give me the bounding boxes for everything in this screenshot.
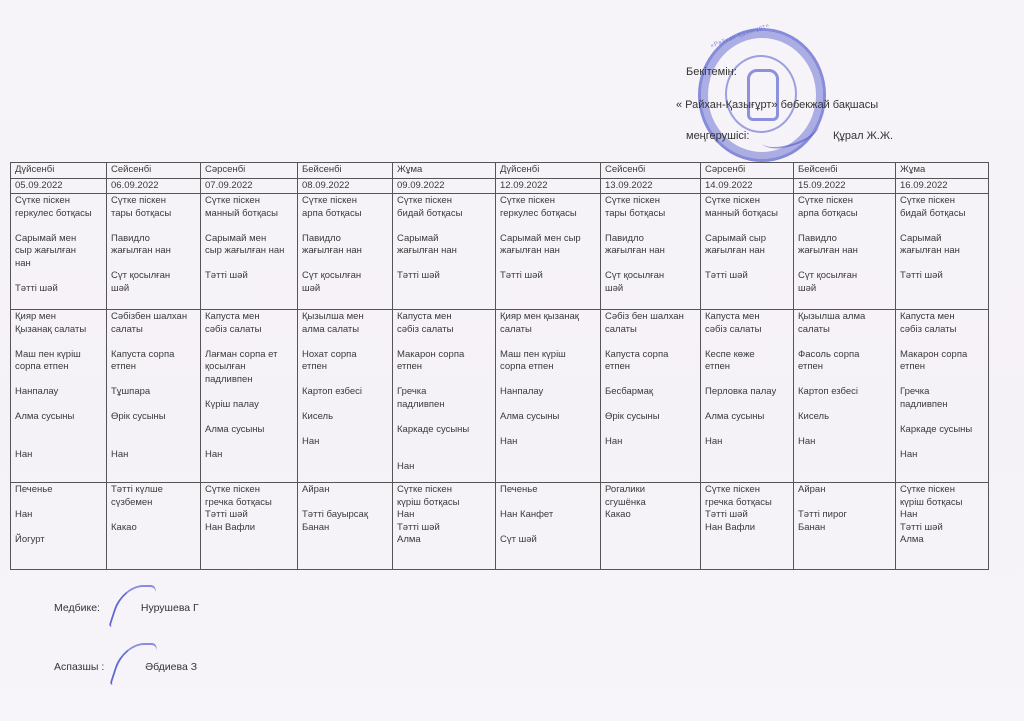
day-cell: Сәрсенбі [701, 163, 794, 179]
date-cell: 06.09.2022 [107, 178, 201, 194]
date-cell: 09.09.2022 [393, 178, 496, 194]
day-row: Дүйсенбі Сейсенбі Сәрсенбі Бейсенбі Жұма… [11, 163, 989, 179]
institution-name: « Райхан-Қазығұрт» бөбекжай бақшасы [676, 99, 878, 111]
date-cell: 13.09.2022 [601, 178, 701, 194]
lunch-cell: Капуста мен сәбіз салаты Макарон сорпа е… [393, 310, 496, 483]
breakfast-cell: Сүтке піскен тары ботқасы Павидло жағылғ… [107, 194, 201, 310]
snack-row: Печенье Нан Йогурт Тәтті күлше сүзбемен … [11, 483, 989, 570]
snack-cell: Айран Тәтті пирог Банан [794, 483, 896, 570]
breakfast-cell: Сүтке піскен манный ботқасы Сарымай сыр … [701, 194, 794, 310]
breakfast-cell: Сүтке піскен геркулес ботқасы Сарымай ме… [11, 194, 107, 310]
day-cell: Сәрсенбі [201, 163, 298, 179]
lunch-cell: Сәбіз бен шалхан салаты Капуста сорпа ет… [601, 310, 701, 483]
snack-cell: Сүтке піскен гречка ботқасы Тәтті шәй На… [701, 483, 794, 570]
date-cell: 05.09.2022 [11, 178, 107, 194]
lunch-cell: Қызылша мен алма салаты Нохат сорпа етпе… [298, 310, 393, 483]
date-row: 05.09.2022 06.09.2022 07.09.2022 08.09.2… [11, 178, 989, 194]
day-cell: Дүйсенбі [496, 163, 601, 179]
lunch-cell: Капуста мен сәбіз салаты Лағман сорпа ет… [201, 310, 298, 483]
snack-cell: Сүтке піскен күріш ботқасы Нан Тәтті шәй… [896, 483, 989, 570]
snack-cell: Печенье Нан Канфет Сүт шәй [496, 483, 601, 570]
nurse-label: Медбике: [54, 602, 100, 614]
day-cell: Бейсенбі [298, 163, 393, 179]
date-cell: 14.09.2022 [701, 178, 794, 194]
cook-label: Аспазшы : [54, 661, 104, 673]
snack-cell: Тәтті күлше сүзбемен Какао [107, 483, 201, 570]
menu-table: Дүйсенбі Сейсенбі Сәрсенбі Бейсенбі Жұма… [10, 162, 989, 570]
nurse-signature-line: Медбике: Нурушева Г [54, 602, 199, 614]
date-cell: 12.09.2022 [496, 178, 601, 194]
snack-cell: Сүтке піскен гречка ботқасы Тәтті шәй На… [201, 483, 298, 570]
approval-block: Бекітемін: « Райхан-Қазығұрт» бөбекжай б… [640, 20, 960, 160]
lunch-cell: Сәбізбен шалхан салаты Капуста сорпа етп… [107, 310, 201, 483]
breakfast-cell: Сүтке піскен бидай ботқасы Сарымай жағыл… [393, 194, 496, 310]
day-cell: Бейсенбі [794, 163, 896, 179]
manager-name: Құрал Ж.Ж. [833, 130, 893, 142]
lunch-cell: Капуста мен сәбіз салаты Кеспе көже етпе… [701, 310, 794, 483]
document-page: «Райхан-Қазығұрт» Бекітемін: « Райхан-Қа… [0, 0, 1024, 721]
date-cell: 08.09.2022 [298, 178, 393, 194]
approved-label: Бекітемін: [686, 66, 737, 78]
lunch-cell: Капуста мен сәбіз салаты Макарон сорпа е… [896, 310, 989, 483]
manager-position: меңгерушісі: [686, 130, 749, 142]
day-cell: Сейсенбі [601, 163, 701, 179]
lunch-cell: Қияр мен қызанақ салаты Маш пен күріш со… [496, 310, 601, 483]
snack-cell: Сүтке піскен күріш ботқасы Нан Тәтті шәй… [393, 483, 496, 570]
breakfast-cell: Сүтке піскен тары ботқасы Павидло жағылғ… [601, 194, 701, 310]
snack-cell: Печенье Нан Йогурт [11, 483, 107, 570]
date-cell: 07.09.2022 [201, 178, 298, 194]
breakfast-cell: Сүтке піскен бидай ботқасы Сарымай жағыл… [896, 194, 989, 310]
cook-name: Әбдиева З [145, 661, 197, 673]
breakfast-row: Сүтке піскен геркулес ботқасы Сарымай ме… [11, 194, 989, 310]
lunch-row: Қияр мен Қызанақ салаты Маш пен күріш со… [11, 310, 989, 483]
breakfast-cell: Сүтке піскен геркулес ботқасы Сарымай ме… [496, 194, 601, 310]
day-cell: Дүйсенбі [11, 163, 107, 179]
nurse-name: Нурушева Г [141, 602, 199, 614]
lunch-cell: Қызылша алма салаты Фасоль сорпа етпен К… [794, 310, 896, 483]
date-cell: 15.09.2022 [794, 178, 896, 194]
day-cell: Жұма [896, 163, 989, 179]
breakfast-cell: Сүтке піскен манный ботқасы Сарымай мен … [201, 194, 298, 310]
breakfast-cell: Сүтке піскен арпа ботқасы Павидло жағылғ… [298, 194, 393, 310]
snack-cell: Рогалики сгушёнка Какао [601, 483, 701, 570]
lunch-cell: Қияр мен Қызанақ салаты Маш пен күріш со… [11, 310, 107, 483]
breakfast-cell: Сүтке піскен арпа ботқасы Павидло жағылғ… [794, 194, 896, 310]
snack-cell: Айран Тәтті бауырсақ Банан [298, 483, 393, 570]
day-cell: Жұма [393, 163, 496, 179]
day-cell: Сейсенбі [107, 163, 201, 179]
cook-signature-line: Аспазшы : Әбдиева З [54, 661, 197, 673]
date-cell: 16.09.2022 [896, 178, 989, 194]
